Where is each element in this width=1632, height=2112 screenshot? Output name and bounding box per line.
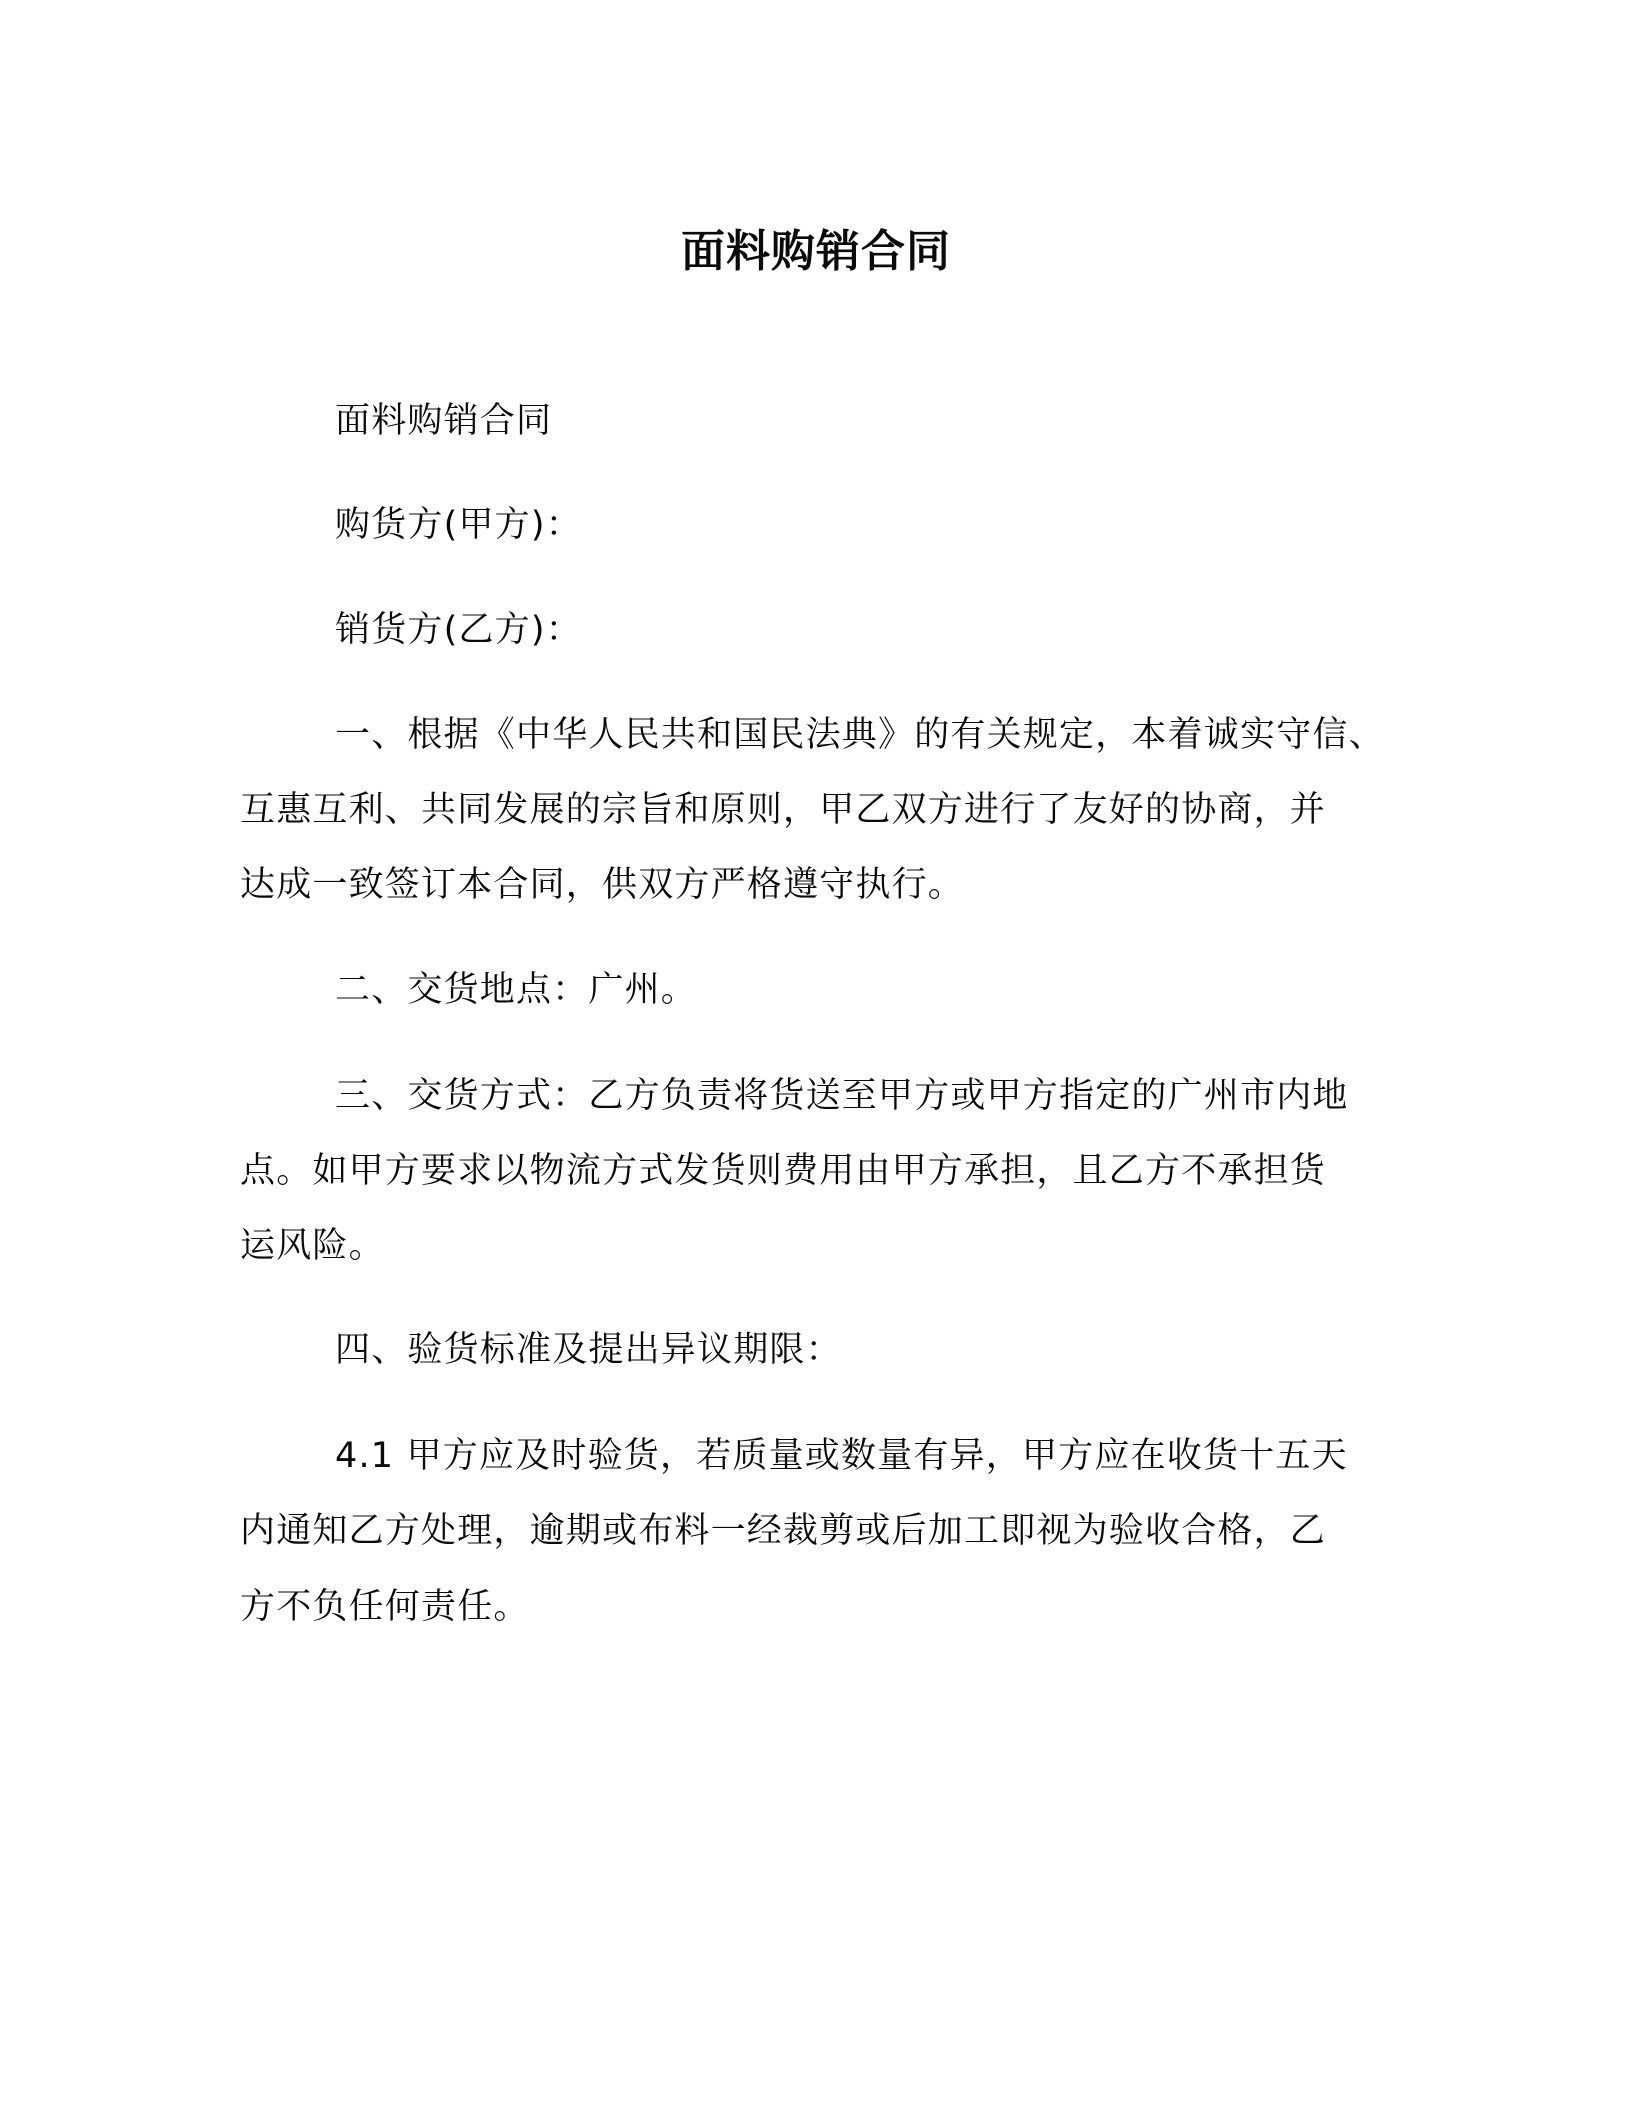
section-3-line-1: 三、交货方式：乙方负责将货送至甲方或甲方指定的广州市内地 [335, 1073, 1349, 1119]
section-1-line-2: 互惠互利、共同发展的宗旨和原则，甲乙双方进行了友好的协商，并 [240, 787, 1326, 833]
section-4-1-line-1: 4.1 甲方应及时验货，若质量或数量有异，甲方应在收货十五天 [335, 1433, 1348, 1479]
section-4-1-line-2: 内通知乙方处理，逾期或布料一经裁剪或后加工即视为验收合格，乙 [240, 1508, 1326, 1554]
party-a-label: 购货方(甲方)： [335, 502, 582, 548]
document-title: 面料购销合同 [0, 222, 1632, 282]
section-3-line-2: 点。如甲方要求以物流方式发货则费用由甲方承担，且乙方不承担货 [240, 1148, 1326, 1194]
document-page: 面料购销合同 面料购销合同 购货方(甲方)： 销货方(乙方)： 一、根据《中华人… [0, 0, 1632, 2112]
section-1-line-3: 达成一致签订本合同，供双方严格遵守执行。 [240, 862, 964, 908]
section-4-1-line-3: 方不负任何责任。 [240, 1584, 530, 1630]
contract-name-line: 面料购销合同 [335, 398, 552, 444]
section-2-line-1: 二、交货地点：广州。 [335, 967, 697, 1013]
section-1-line-1: 一、根据《中华人民共和国民法典》的有关规定，本着诚实守信、 [335, 712, 1385, 758]
section-4-line-1: 四、验货标准及提出异议期限： [335, 1327, 842, 1373]
section-3-line-3: 运风险。 [240, 1223, 385, 1269]
party-b-label: 销货方(乙方)： [335, 607, 582, 653]
